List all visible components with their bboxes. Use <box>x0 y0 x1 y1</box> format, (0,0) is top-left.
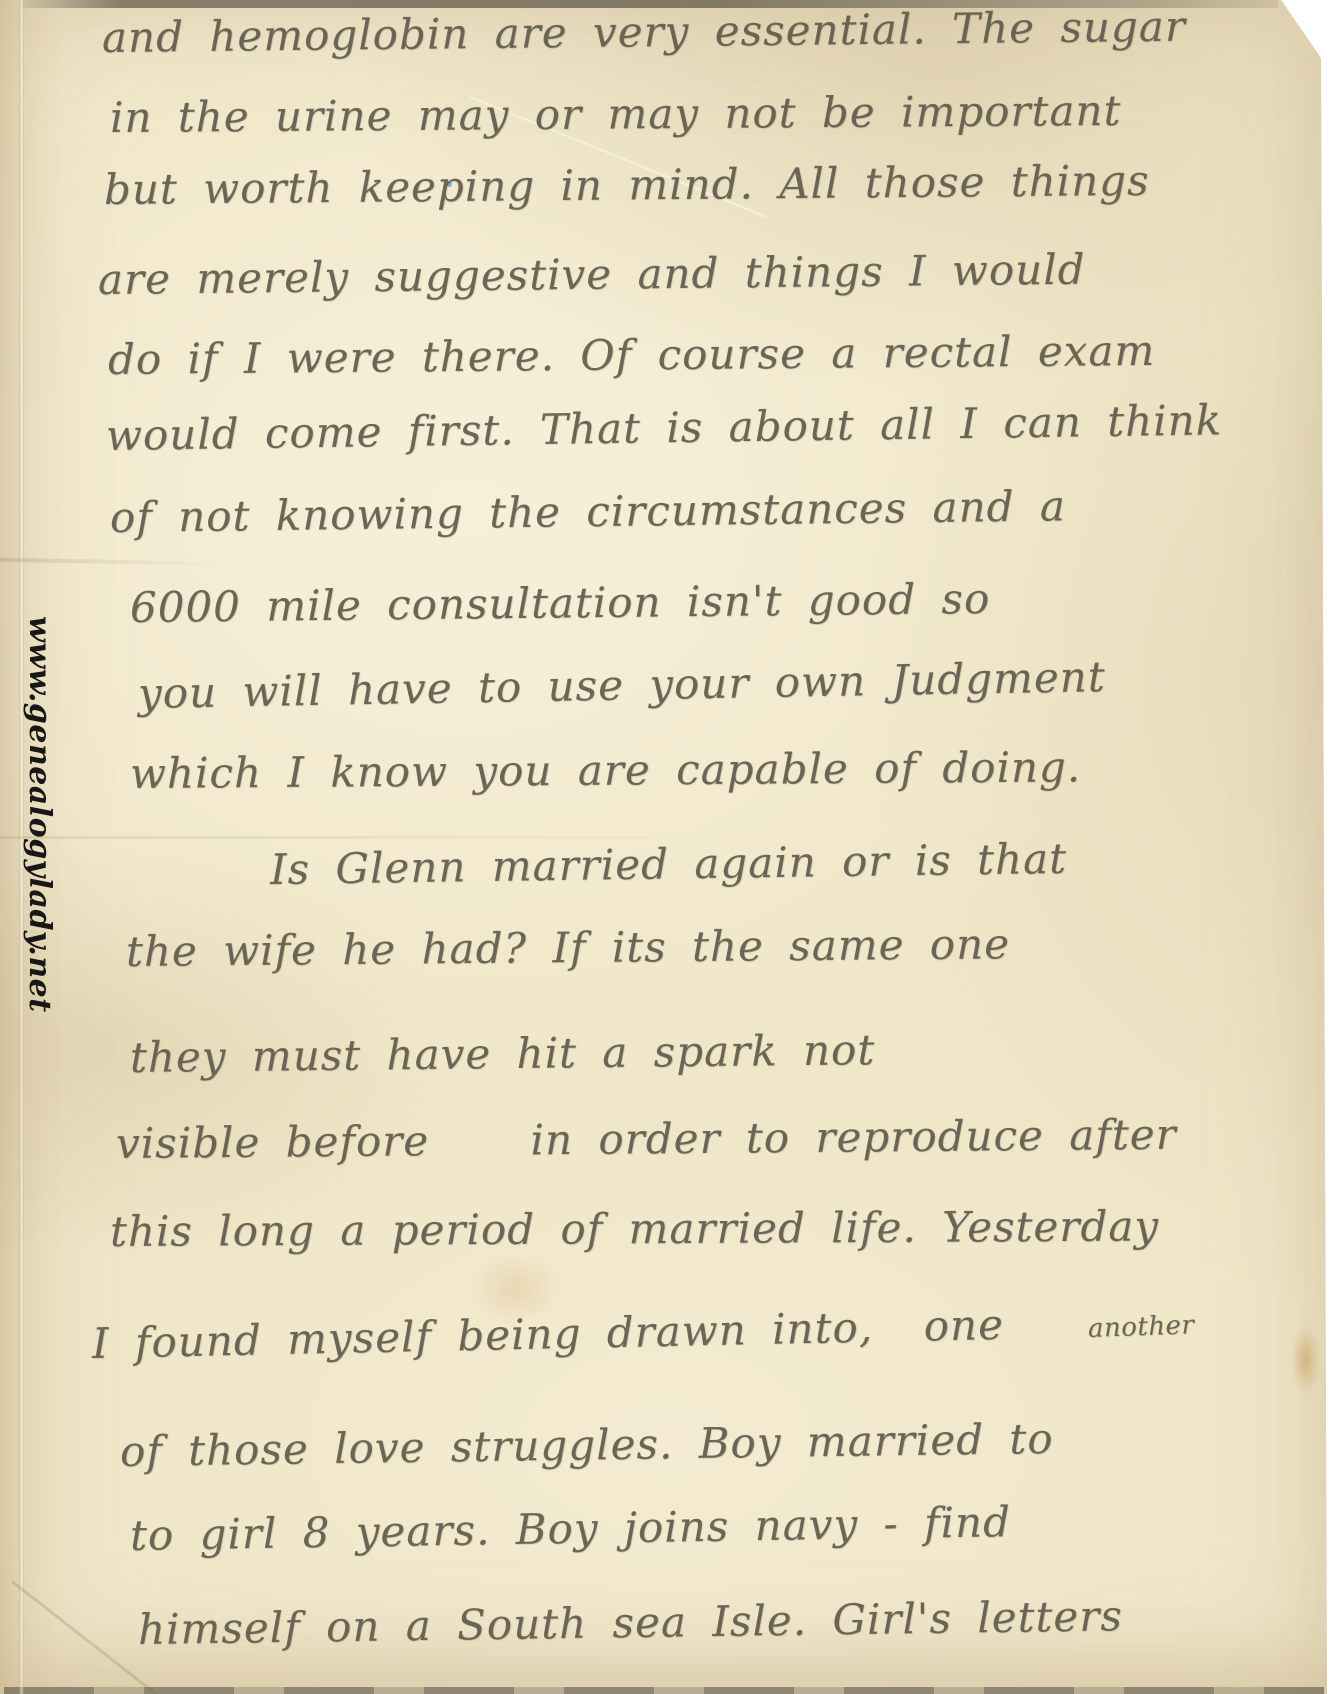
fold-crease-middle <box>0 836 1300 839</box>
letter-line: would come first. That is about all I ca… <box>106 398 1223 458</box>
letter-line: Is Glenn married again or is that <box>270 837 1068 892</box>
fold-crease-left-horizontal <box>0 558 260 567</box>
letter-line: you will have to use your own Judgment <box>138 655 1106 716</box>
scanned-letter-page: www.genealogylady.net and hemoglobin are… <box>0 0 1334 1694</box>
letter-line: 6000 mile consultation isn't good so <box>130 577 991 630</box>
letter-line: I found myself being drawn into, one <box>92 1303 1005 1366</box>
letter-line: are merely suggestive and things I would <box>98 248 1086 302</box>
scan-edge-bottom <box>4 1687 1324 1694</box>
letter-line: of those love struggles. Boy married to <box>120 1417 1054 1474</box>
letter-line: but worth keeping in mind. All those thi… <box>104 159 1150 212</box>
letter-line: and hemoglobin are very essential. The s… <box>102 5 1186 60</box>
letter-line: of not knowing the circumstances and a <box>110 484 1066 540</box>
stain-right-edge <box>1292 1326 1320 1394</box>
letter-line: do if I were there. Of course a rectal e… <box>108 329 1156 382</box>
letter-line: to girl 8 years. Boy joins navy - find <box>130 1500 1012 1558</box>
letter-line: in the urine may or may not be important <box>110 89 1122 140</box>
letter-line: which I know you are capable of doing. <box>130 745 1082 796</box>
paper: www.genealogylady.net and hemoglobin are… <box>0 0 1334 1694</box>
inserted-word-another: another <box>1088 1312 1195 1343</box>
letter-line: himself on a South sea Isle. Girl's lett… <box>138 1594 1123 1652</box>
letter-line: the wife he had? If its the same one <box>126 922 1010 974</box>
letter-line: this long a period of married life. Yest… <box>110 1205 1159 1255</box>
watermark: www.genealogylady.net <box>23 616 56 1013</box>
letter-line: visible before in order to reproduce aft… <box>116 1113 1177 1166</box>
letter-line: they must have hit a spark not <box>130 1028 876 1080</box>
